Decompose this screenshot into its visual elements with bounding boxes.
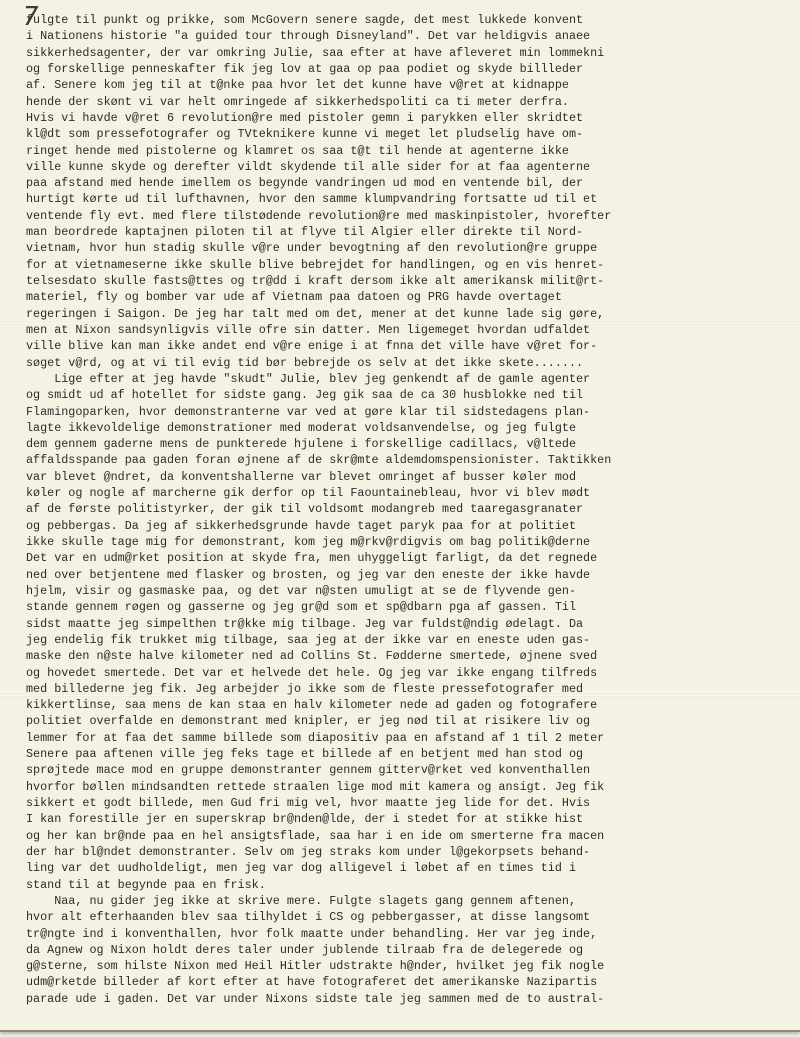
text-line: lagte ikkevoldelige demonstrationer med … — [26, 420, 611, 436]
text-line: og hovedet smertede. Det var et helvede … — [26, 665, 611, 681]
text-line: var blevet @ndret, da konventshallerne v… — [26, 469, 611, 485]
text-line: sprøjtede mace mod en gruppe demonstrant… — [26, 762, 611, 778]
text-line: af. Senere kom jeg til at t@nke paa hvor… — [26, 77, 611, 93]
text-line: og smidt ud af hotellet for sidste gang.… — [26, 387, 611, 403]
text-line: Flamingoparken, hvor demonstranterne var… — [26, 404, 611, 420]
text-line: hvor alt efterhaanden blev saa tilhyldet… — [26, 909, 611, 925]
text-line: politiet overfalde en demonstrant med kn… — [26, 713, 611, 729]
text-line: ling var det uudholdeligt, men jeg var d… — [26, 860, 611, 876]
text-line: sikkert et godt billede, men Gud fri mig… — [26, 795, 611, 811]
text-line: ringet hende med pistolerne og klamret o… — [26, 143, 611, 159]
text-line: telsesdato skulle fasts@ttes og tr@dd i … — [26, 273, 611, 289]
text-line: hurtigt kørte ud til lufthavnen, hvor de… — [26, 191, 611, 207]
text-line: Hvis vi havde v@ret 6 revolution@re med … — [26, 110, 611, 126]
text-line: materiel, fly og bomber var ude af Vietn… — [26, 289, 611, 305]
text-line: parade ude i gaden. Det var under Nixons… — [26, 991, 611, 1007]
text-line: regeringen i Saigon. De jeg har talt med… — [26, 306, 611, 322]
text-line: sikkerhedsagenter, der var omkring Julie… — [26, 45, 611, 61]
text-line: stand til at begynde paa en frisk. — [26, 877, 611, 893]
text-line: dem gennem gaderne mens de punkterede hj… — [26, 436, 611, 452]
text-line: paa afstand med hende imellem os begynde… — [26, 175, 611, 191]
text-line: søget v@rd, og at vi til evig tid bør be… — [26, 355, 611, 371]
text-line: og pebbergas. Da jeg af sikkerhedsgrunde… — [26, 518, 611, 534]
text-line: hjelm, visir og gasmaske paa, og det var… — [26, 583, 611, 599]
text-line: Senere paa aftenen ville jeg feks tage e… — [26, 746, 611, 762]
text-line: men at Nixon sandsynligvis ville ofre si… — [26, 322, 611, 338]
text-line: vietnam, hvor hun stadig skulle v@re und… — [26, 240, 611, 256]
text-line: og her kan br@nde paa en hel ansigtsflad… — [26, 828, 611, 844]
text-line: stande gennem røgen og gasserne og jeg g… — [26, 599, 611, 615]
text-line: jeg endelig fik trukket mig tilbage, saa… — [26, 632, 611, 648]
text-line: g@sterne, som hilste Nixon med Heil Hitl… — [26, 958, 611, 974]
typed-text-body: fulgte til punkt og prikke, som McGovern… — [26, 12, 611, 1007]
text-line: ville kunne skyde og derefter vildt skyd… — [26, 159, 611, 175]
text-line: kl@dt som pressefotografer og TVtekniker… — [26, 126, 611, 142]
text-line: køler og nogle af marcherne gik derfor o… — [26, 485, 611, 501]
text-line: og forskellige penneskafter fik jeg lov … — [26, 61, 611, 77]
text-line: Naa, nu gider jeg ikke at skrive mere. F… — [26, 893, 611, 909]
text-line: sidst maatte jeg simpelthen tr@kke mig t… — [26, 616, 611, 632]
text-line: for at vietnameserne ikke skulle blive b… — [26, 257, 611, 273]
text-line: ventende fly evt. med flere tilstødende … — [26, 208, 611, 224]
text-line: kikkertlinse, saa mens de kan staa en ha… — [26, 697, 611, 713]
text-line: da Agnew og Nixon holdt deres taler unde… — [26, 942, 611, 958]
text-line: ned over betjentene med flasker og brost… — [26, 567, 611, 583]
text-line: tr@ngte ind i konventhallen, hvor folk m… — [26, 926, 611, 942]
text-line: maske den n@ste halve kilometer ned ad C… — [26, 648, 611, 664]
text-line: Det var en udm@rket position at skyde fr… — [26, 550, 611, 566]
text-line: der har bl@ndet demonstranter. Selv om j… — [26, 844, 611, 860]
text-line: I kan forestille jer en superskrap br@nd… — [26, 811, 611, 827]
text-line: af de første politistyrker, der gik til … — [26, 501, 611, 517]
text-line: Lige efter at jeg havde "skudt" Julie, b… — [26, 371, 611, 387]
text-line: hvorfor bøllen mindsandten rettede straa… — [26, 779, 611, 795]
text-line: hende der skønt vi var helt omringede af… — [26, 94, 611, 110]
typewritten-page: 7 fulgte til punkt og prikke, som McGove… — [0, 0, 800, 1032]
text-line: med billederne jeg fik. Jeg arbejder jo … — [26, 681, 611, 697]
text-line: ikke skulle tage mig for demonstrant, ko… — [26, 534, 611, 550]
text-line: affaldsspande paa gaden foran øjnene af … — [26, 452, 611, 468]
text-line: ville blive kan man ikke andet end v@re … — [26, 338, 611, 354]
text-line: fulgte til punkt og prikke, som McGovern… — [26, 12, 611, 28]
text-line: i Nationens historie "a guided tour thro… — [26, 28, 611, 44]
text-line: udm@rketde billeder af kort efter at hav… — [26, 974, 611, 990]
text-line: man beordrede kaptajnen piloten til at f… — [26, 224, 611, 240]
text-line: lemmer for at faa det samme billede som … — [26, 730, 611, 746]
